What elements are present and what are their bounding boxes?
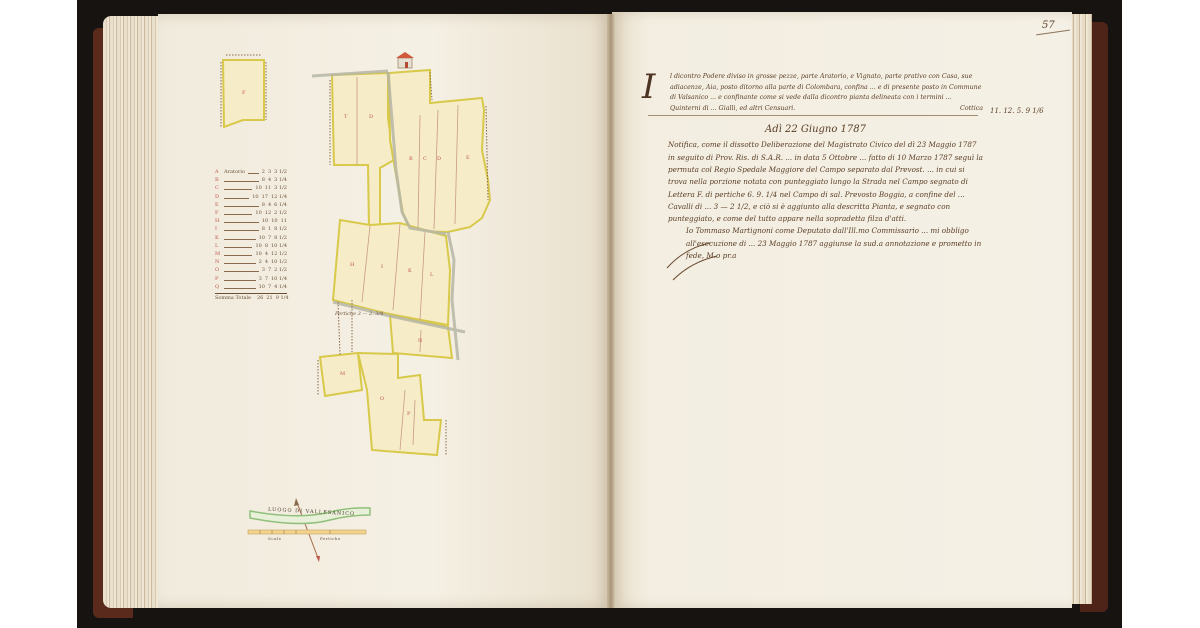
- legend-row: D101712 1/4: [215, 193, 287, 201]
- legend-row: B843 1/4: [215, 176, 287, 184]
- intro-text: l dicontro Podere diviso in grosse pezze…: [670, 73, 981, 112]
- separator-rule: [648, 115, 978, 116]
- pen-flourish-icon: [665, 238, 725, 288]
- legend-row: K1078 1/2: [215, 234, 287, 242]
- decorated-initial: I: [642, 70, 655, 104]
- svg-text:N: N: [418, 338, 423, 344]
- cadastral-map: F T D B C D E H I K L N M O P Pertiche 3…: [0, 0, 1200, 628]
- folio-number: 57: [1042, 20, 1055, 31]
- scale-bar: [248, 530, 366, 534]
- intro-value: 11. 12. 5. 9 1/6: [990, 106, 1044, 117]
- svg-text:F: F: [242, 90, 246, 96]
- legend-row: C10113 1/2: [215, 184, 287, 192]
- scale-label-left: Scale: [268, 536, 282, 541]
- svg-text:D: D: [369, 114, 373, 120]
- svg-text:Pertiche 3 — 2. 3/4: Pertiche 3 — 2. 3/4: [334, 311, 383, 317]
- legend-row: AAratorio233 1/2: [215, 168, 287, 176]
- legend-row: L10810 1/4: [215, 242, 287, 250]
- svg-text:I: I: [381, 264, 383, 270]
- legend-row: O372 1/2: [215, 266, 287, 274]
- legend-row: Q1074 1/4: [215, 283, 287, 291]
- svg-text:K: K: [408, 268, 412, 274]
- manuscript-text: I l dicontro Podere diviso in grosse pez…: [648, 72, 983, 262]
- field-t-d: [332, 73, 394, 230]
- field-op: [358, 353, 441, 455]
- svg-text:E: E: [466, 155, 470, 161]
- intro-signature: Cottica: [960, 104, 983, 115]
- legend-total-row: Somma Totale26219 1/4: [215, 293, 287, 302]
- legend-row: N2410 1/2: [215, 258, 287, 266]
- area-legend-table: AAratorio233 1/2 B843 1/4 C10113 1/2 D10…: [215, 168, 287, 302]
- legend-row: M10412 1/2: [215, 250, 287, 258]
- svg-text:B: B: [409, 156, 413, 162]
- intro-paragraph: I l dicontro Podere diviso in grosse pez…: [648, 72, 983, 114]
- farmhouse-icon: [396, 52, 414, 68]
- svg-text:C: C: [423, 156, 427, 162]
- legend-row: H101011: [215, 217, 287, 225]
- field-bcde: [389, 70, 490, 232]
- legend-row: F10122 1/2: [215, 209, 287, 217]
- svg-text:D: D: [437, 156, 441, 162]
- notification-paragraph: Notifica, come il dissotto Deliberazione…: [648, 139, 983, 225]
- legend-row: I818 1/2: [215, 225, 287, 233]
- svg-text:H: H: [350, 262, 355, 268]
- legend-row: P3710 1/4: [215, 275, 287, 283]
- svg-text:M: M: [340, 371, 345, 377]
- scale-label-right: Pertiche: [320, 536, 341, 541]
- dateline: Adì 22 Giugno 1787: [648, 124, 983, 135]
- svg-text:O: O: [380, 396, 384, 402]
- legend-row: E846 1/4: [215, 201, 287, 209]
